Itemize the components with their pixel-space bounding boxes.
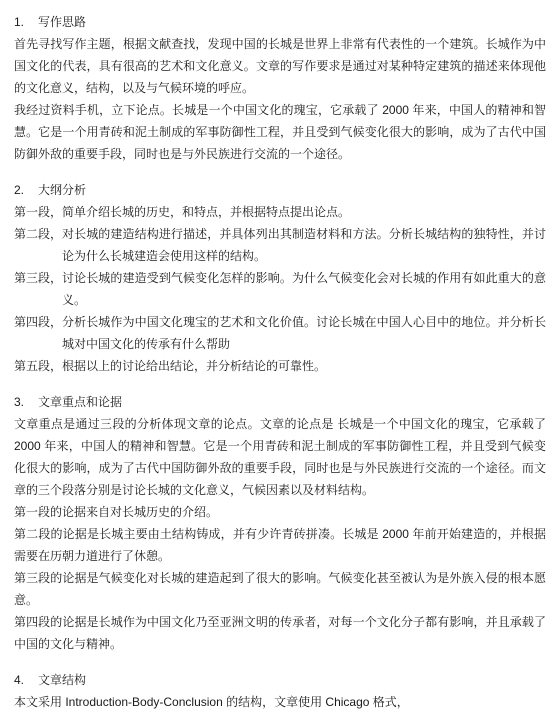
paragraph: 我经过资料手机，立下论点。长城是一个中国文化的瑰宝，它承载了 2000 年来，中… [14, 99, 546, 165]
paragraph: 第三段的论据是气候变化对长城的建造起到了很大的影响。气候变化甚至被认为是外族入侵… [14, 567, 546, 611]
section-heading: 2.大纲分析 [14, 179, 546, 201]
heading-number: 3. [14, 391, 38, 413]
section-heading: 1.写作思路 [14, 11, 546, 33]
heading-number: 1. [14, 11, 38, 33]
section-heading: 3.文章重点和论据 [14, 391, 546, 413]
outline-item: 第五段，根据以上的讨论给出结论，并分析结论的可靠性。 [14, 355, 546, 377]
section-article-structure: 4.文章结构 本文采用 Introduction-Body-Conclusion… [14, 669, 546, 713]
heading-title: 文章结构 [38, 673, 86, 687]
paragraph: 首先寻找写作主题，根据文献查找，发现中国的长城是世界上非常有代表性的一个建筑。长… [14, 33, 546, 99]
outline-item-label: 第四段， [14, 311, 62, 333]
heading-number: 4. [14, 669, 38, 691]
paragraph: 文章重点是通过三段的分析体现文章的论点。文章的论点是 长城是一个中国文化的瑰宝，… [14, 413, 546, 501]
paragraph: 第一段的论据来自对长城历史的介绍。 [14, 501, 546, 523]
heading-number: 2. [14, 179, 38, 201]
outline-item-text: 对长城的建造结构进行描述，并具体列出其制造材料和方法。分析长城结构的独特性，并讨… [62, 227, 546, 263]
outline-item-label: 第五段， [14, 355, 62, 377]
section-writing-ideas: 1.写作思路 首先寻找写作主题，根据文献查找，发现中国的长城是世界上非常有代表性… [14, 11, 546, 165]
outline-item-label: 第一段， [14, 201, 62, 223]
outline-item-text: 根据以上的讨论给出结论，并分析结论的可靠性。 [62, 359, 326, 373]
outline-item-label: 第三段， [14, 267, 62, 289]
section-outline-analysis: 2.大纲分析 第一段，简单介绍长城的历史，和特点，并根据特点提出论点。 第二段，… [14, 179, 546, 377]
outline-item-label: 第二段， [14, 223, 62, 245]
section-heading: 4.文章结构 [14, 669, 546, 691]
paragraph: 第二段的论据是长城主要由土结构铸成，并有少许青砖拼凑。长城是 2000 年前开始… [14, 523, 546, 567]
heading-title: 大纲分析 [38, 183, 86, 197]
paragraph: 第四段的论据是长城作为中国文化乃至亚洲文明的传承者，对每一个文化分子都有影响，并… [14, 611, 546, 655]
outline-item: 第一段，简单介绍长城的历史，和特点，并根据特点提出论点。 [14, 201, 546, 223]
section-key-points-evidence: 3.文章重点和论据 文章重点是通过三段的分析体现文章的论点。文章的论点是 长城是… [14, 391, 546, 655]
paragraph: 本文采用 Introduction-Body-Conclusion 的结构，文章… [14, 691, 546, 713]
document-page[interactable]: 1.写作思路 首先寻找写作主题，根据文献查找，发现中国的长城是世界上非常有代表性… [0, 0, 560, 714]
outline-item-text: 分析长城作为中国文化瑰宝的艺术和文化价值。讨论长城在中国人心目中的地位。并分析长… [62, 315, 546, 351]
heading-title: 文章重点和论据 [38, 395, 122, 409]
outline-item: 第三段，讨论长城的建造受到气候变化怎样的影响。为什么气候变化会对长城的作用有如此… [14, 267, 546, 311]
outline-item: 第二段，对长城的建造结构进行描述，并具体列出其制造材料和方法。分析长城结构的独特… [14, 223, 546, 267]
outline-item-text: 简单介绍长城的历史，和特点，并根据特点提出论点。 [62, 205, 350, 219]
heading-title: 写作思路 [38, 15, 86, 29]
outline-item-text: 讨论长城的建造受到气候变化怎样的影响。为什么气候变化会对长城的作用有如此重大的意… [62, 271, 546, 307]
outline-item: 第四段，分析长城作为中国文化瑰宝的艺术和文化价值。讨论长城在中国人心目中的地位。… [14, 311, 546, 355]
